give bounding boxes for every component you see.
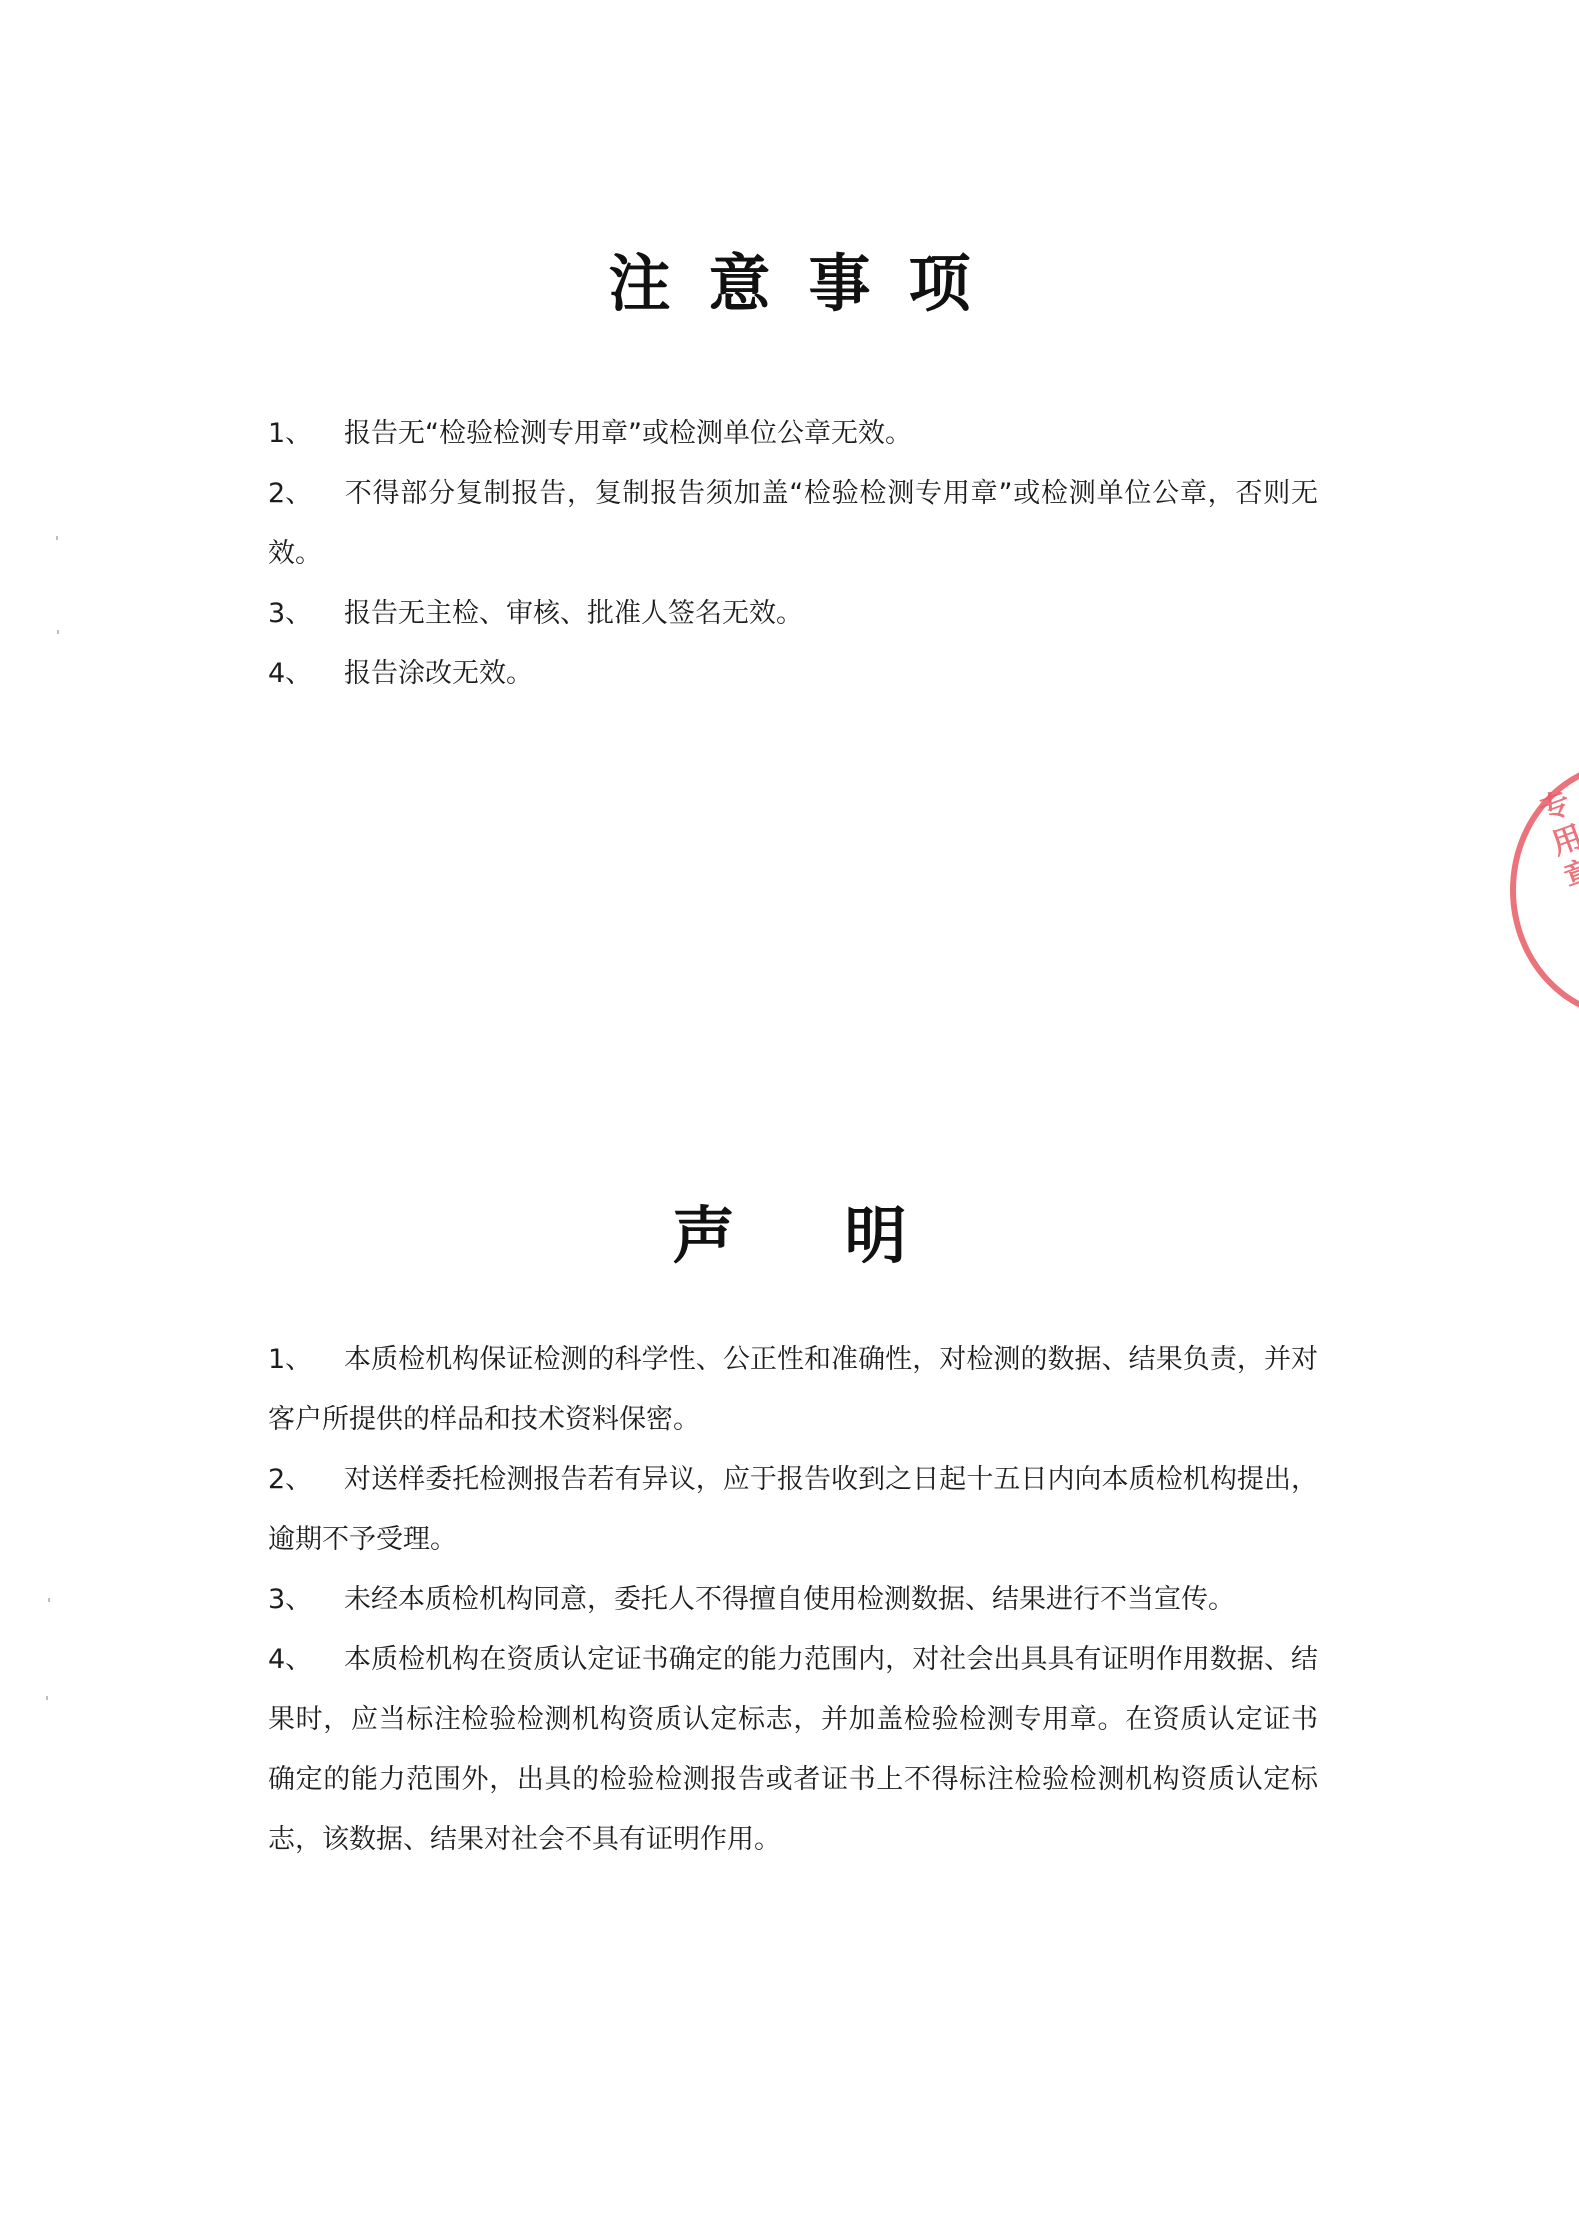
item-text: 对送样委托检测报告若有异议，应于报告收到之日起十五日内向本质检机构提出，逾期不予… — [268, 1464, 1318, 1555]
item-number: 1、 — [268, 404, 344, 464]
item-number: 1、 — [268, 1330, 344, 1390]
statement-item: 1、本质检机构保证检测的科学性、公正性和准确性，对检测的数据、结果负责，并对客户… — [268, 1330, 1318, 1450]
scan-speck — [56, 536, 58, 540]
item-number: 3、 — [268, 584, 344, 644]
scan-speck — [48, 1598, 50, 1602]
statement-item: 3、未经本质检机构同意，委托人不得擅自使用检测数据、结果进行不当宣传。 — [268, 1570, 1318, 1630]
item-text: 本质检机构保证检测的科学性、公正性和准确性，对检测的数据、结果负责，并对客户所提… — [268, 1344, 1318, 1435]
statement-item: 2、对送样委托检测报告若有异议，应于报告收到之日起十五日内向本质检机构提出，逾期… — [268, 1450, 1318, 1570]
notice-item: 1、报告无“检验检测专用章”或检测单位公章无效。 — [268, 404, 1318, 464]
scan-speck — [57, 630, 59, 634]
statement-item: 4、本质检机构在资质认定证书确定的能力范围内，对社会出具具有证明作用数据、结果时… — [268, 1630, 1318, 1870]
statement-list: 1、本质检机构保证检测的科学性、公正性和准确性，对检测的数据、结果负责，并对客户… — [268, 1330, 1318, 1870]
scan-speck — [46, 1696, 48, 1700]
item-text: 不得部分复制报告，复制报告须加盖“检验检测专用章”或检测单位公章，否则无效。 — [268, 478, 1318, 569]
notice-item: 2、不得部分复制报告，复制报告须加盖“检验检测专用章”或检测单位公章，否则无效。 — [268, 464, 1318, 584]
notice-list: 1、报告无“检验检测专用章”或检测单位公章无效。 2、不得部分复制报告，复制报告… — [268, 404, 1318, 704]
item-number: 4、 — [268, 1630, 344, 1690]
item-text: 报告无“检验检测专用章”或检测单位公章无效。 — [344, 418, 912, 449]
item-number: 3、 — [268, 1570, 344, 1630]
notice-item: 4、报告涂改无效。 — [268, 644, 1318, 704]
item-number: 2、 — [268, 464, 344, 524]
item-number: 4、 — [268, 644, 344, 704]
item-text: 报告涂改无效。 — [344, 658, 533, 689]
item-number: 2、 — [268, 1450, 344, 1510]
item-text: 报告无主检、审核、批准人签名无效。 — [344, 598, 803, 629]
item-text: 未经本质检机构同意，委托人不得擅自使用检测数据、结果进行不当宣传。 — [344, 1584, 1235, 1615]
statement-title: 声明 — [0, 1186, 1579, 1275]
notice-title: 注意事项 — [0, 234, 1579, 323]
item-text: 本质检机构在资质认定证书确定的能力范围内，对社会出具具有证明作用数据、结果时，应… — [268, 1644, 1318, 1855]
document-page: 注意事项 1、报告无“检验检测专用章”或检测单位公章无效。 2、不得部分复制报告… — [0, 0, 1579, 2232]
notice-item: 3、报告无主检、审核、批准人签名无效。 — [268, 584, 1318, 644]
